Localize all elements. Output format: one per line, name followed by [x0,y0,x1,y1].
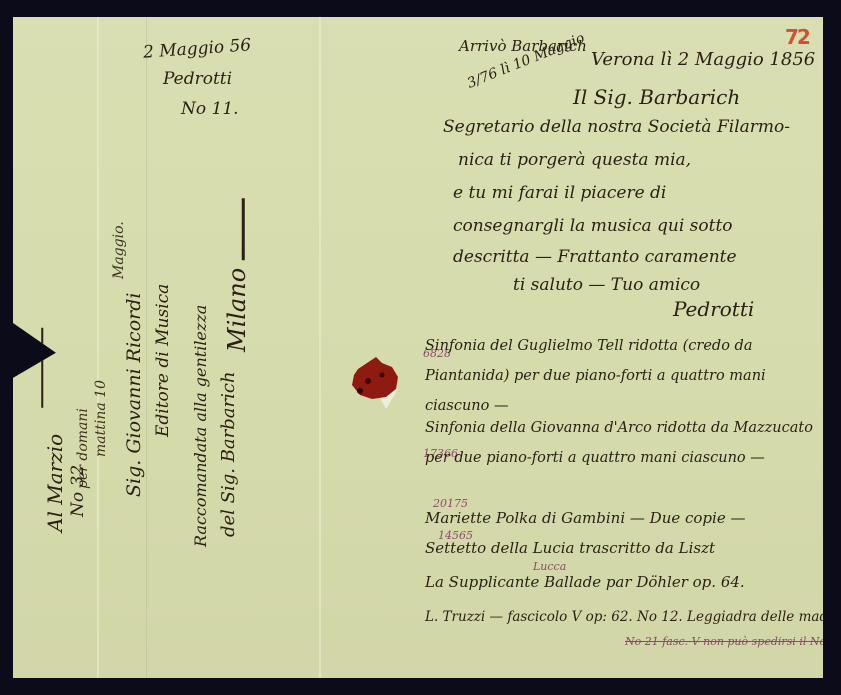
body-line: descritta — Frattanto caramente [453,247,737,267]
body-line: Segretario della nostra Società Filarmo- [443,117,790,137]
via-line-1: Raccomandata alla gentilezza [191,305,210,547]
fold-line [319,17,321,678]
dateline: Verona lì 2 Maggio 1856 [591,49,815,70]
underline [242,198,245,260]
address-lower-1: Al Marzio [43,434,67,532]
order-item: Sinfonia del Guglielmo Tell ridotta (cre… [425,331,825,421]
wax-seal [348,357,404,409]
address-note-3: Maggio. [111,221,127,279]
order-item: L. Truzzi — fascicolo V op: 62. No 12. L… [425,609,839,625]
order-item: Mariette Polka di Gambini — Due copie — [425,509,745,527]
address-city: Milano [223,268,251,352]
order-item: La Supplicante Ballade par Döhler op. 64… [425,573,745,591]
address-note-2: mattina 10 [93,380,109,457]
docket-number: No 11. [181,99,239,119]
pencil-annotation: No 21 fasc. V non può spedirsi il No 17 … [625,635,841,648]
fold-line [97,17,99,678]
addressee-title: Editore di Musica [153,284,173,437]
body-line: ti saluto — Tuo amico [513,275,700,295]
body-line: nica ti porgerà questa mia, [458,150,691,170]
signature: Pedrotti [673,297,754,321]
body-line: consegnargli la musica qui sotto [453,216,733,236]
body-line: e tu mi farai il piacere di [453,183,666,203]
docket-date: 2 Maggio 56 [142,35,251,63]
address-lower-2: No 32 [68,465,88,517]
order-item: Sinfonia della Giovanna d'Arco ridotta d… [425,413,825,473]
via-line-2: del Sig. Barbarich [218,371,239,537]
letter-sheet: 72 2 Maggio 56 Pedrotti No 11. per doman… [13,17,823,678]
fold-line [146,17,147,678]
order-item: Settetto della Lucia trascritto da Liszt [425,539,715,557]
addressee-name: Sig. Giovanni Ricordi [123,293,145,497]
pencil-annotation: Lucca [533,560,566,573]
folio-mark: 72 [785,25,809,49]
body-line: Il Sig. Barbarich [573,85,740,109]
docket-sender: Pedrotti [163,69,232,89]
underline [41,328,43,408]
